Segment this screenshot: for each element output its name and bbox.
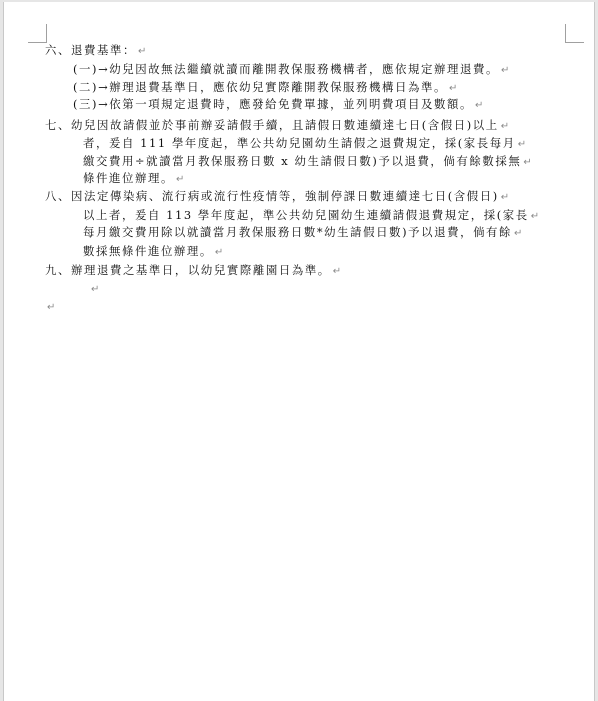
line-text: 九、辦理退費之基準日，以幼兒實際離園日為準。 <box>45 263 331 277</box>
document-line-sec9[interactable]: 九、辦理退費之基準日，以幼兒實際離園日為準。↵ <box>45 262 341 280</box>
document-line-sec8-line3[interactable]: 每月繳交費用除以就讀當月教保服務日數*幼生請假日數)予以退費，倘有餘↵ <box>83 224 522 242</box>
document-line-sec6-item3[interactable]: (三)→依第一項規定退費時，應發給免費單據，並列明費項目及數額。↵ <box>73 96 483 114</box>
line-text: (三)→依第一項規定退費時，應發給免費單據，並列明費項目及數額。 <box>73 97 473 111</box>
paragraph-mark-icon: ↵ <box>514 228 522 239</box>
paragraph-mark-icon: ↵ <box>449 83 457 94</box>
paragraph-mark-icon: ↵ <box>518 139 526 150</box>
line-text: 八、因法定傳染病、流行病或流行性疫情等，強制停課日數連續達七日(含假日) <box>45 189 499 203</box>
line-text: (一)→幼兒因故無法繼續就讀而離開教保服務機構者，應依規定辦理退費。 <box>73 62 499 76</box>
document-line-sec6-title[interactable]: 六、退費基準：↵ <box>45 42 146 60</box>
paragraph-mark-icon: ↵ <box>501 65 509 76</box>
document-line-empty-1[interactable]: ↵ <box>89 280 99 298</box>
document-line-sec8-line4[interactable]: 數採無條件進位辦理。↵ <box>83 243 223 261</box>
paragraph-mark-icon: ↵ <box>523 157 531 168</box>
document-line-sec6-item1[interactable]: (一)→幼兒因故無法繼續就讀而離開教保服務機構者，應依規定辦理退費。↵ <box>73 61 509 79</box>
line-text: 繳交費用÷就讀當月教保服務日數 x 幼生請假日數)予以退費，倘有餘數採無 <box>83 154 521 168</box>
document-line-sec7-line2[interactable]: 者，爰自 111 學年度起，準公共幼兒園幼生請假之退費規定，採(家長每月↵ <box>83 135 526 153</box>
margin-corner-top-left <box>28 24 47 43</box>
document-line-sec8-line1[interactable]: 八、因法定傳染病、流行病或流行性疫情等，強制停課日數連續達七日(含假日)↵ <box>45 188 509 206</box>
line-text: 每月繳交費用除以就讀當月教保服務日數*幼生請假日數)予以退費，倘有餘 <box>83 225 512 239</box>
line-text: 七、幼兒因故請假並於事前辦妥請假手續，且請假日數連續達七日(含假日)以上 <box>45 118 499 132</box>
document-line-sec6-item2[interactable]: (二)→辦理退費基準日，應依幼兒實際離開教保服務機構日為準。↵ <box>73 79 457 97</box>
paragraph-mark-icon: ↵ <box>531 211 539 222</box>
paragraph-mark-icon: ↵ <box>91 284 99 295</box>
document-page[interactable]: 六、退費基準：↵(一)→幼兒因故無法繼續就讀而離開教保服務機構者，應依規定辦理退… <box>3 2 595 701</box>
paragraph-mark-icon: ↵ <box>215 247 223 258</box>
margin-corner-top-right <box>565 24 584 43</box>
paragraph-mark-icon: ↵ <box>47 302 55 313</box>
paragraph-mark-icon: ↵ <box>138 46 146 57</box>
line-text: 者，爰自 111 學年度起，準公共幼兒園幼生請假之退費規定，採(家長每月 <box>83 136 516 150</box>
document-line-sec7-line1[interactable]: 七、幼兒因故請假並於事前辦妥請假手續，且請假日數連續達七日(含假日)以上↵ <box>45 117 509 135</box>
document-line-sec8-line2[interactable]: 以上者，爰自 113 學年度起，準公共幼兒園幼生連續請假退費規定，採(家長↵ <box>83 207 539 225</box>
paragraph-mark-icon: ↵ <box>333 266 341 277</box>
paragraph-mark-icon: ↵ <box>501 192 509 203</box>
line-text: 以上者，爰自 113 學年度起，準公共幼兒園幼生連續請假退費規定，採(家長 <box>83 208 529 222</box>
document-line-sec7-line4[interactable]: 條件進位辦理。↵ <box>83 170 184 188</box>
line-text: 六、退費基準： <box>45 43 136 57</box>
paragraph-mark-icon: ↵ <box>501 121 509 132</box>
paragraph-mark-icon: ↵ <box>475 100 483 111</box>
document-line-empty-2[interactable]: ↵ <box>45 298 55 316</box>
line-text: 條件進位辦理。 <box>83 171 174 185</box>
line-text: 數採無條件進位辦理。 <box>83 244 213 258</box>
document-line-sec7-line3[interactable]: 繳交費用÷就讀當月教保服務日數 x 幼生請假日數)予以退費，倘有餘數採無↵ <box>83 153 532 171</box>
paragraph-mark-icon: ↵ <box>176 174 184 185</box>
line-text: (二)→辦理退費基準日，應依幼兒實際離開教保服務機構日為準。 <box>73 80 447 94</box>
